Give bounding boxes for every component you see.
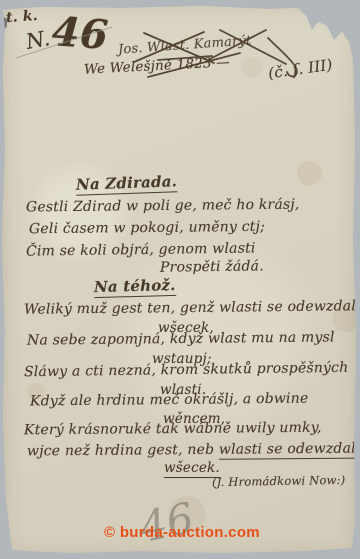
manuscript-paper: t. k. N. 46 Jos. Wlast. Kamarýt We Weleš… (0, 0, 360, 559)
catalog-number: 46 (50, 8, 109, 59)
crossed-author-name: Jos. Wlast. Kamarýt (118, 33, 252, 57)
poem2-line-6: wjce než hrdina gest, neb wlasti se odew… (27, 441, 356, 460)
poem2-line-6-underlined: wlasti se odewzdal (219, 441, 356, 460)
poem2-line-4: Když ale hrdinu meč okrášlj, a obwine (30, 391, 309, 410)
poem2-line-2: Na sebe zapomjná, když wlast mu na mysl (27, 329, 335, 348)
poem2-line-1: Weliký muž gest ten, genž wlasti se odew… (24, 298, 356, 317)
catalog-number-prefix: N. (24, 26, 52, 54)
auction-watermark: © burda-auction.com (104, 524, 260, 541)
poem1-line-3: Čim se koli objrá, genom wlasti (26, 240, 256, 259)
poem2-line-6-start: wjce než hrdina gest, neb (27, 442, 219, 460)
auction-photo: t. k. N. 46 Jos. Wlast. Kamarýt We Weleš… (0, 0, 360, 559)
poem1-title: Na Zdirada. (76, 172, 178, 196)
poem1-line-1: Gestli Zdirad w poli ge, meč ho krásj, (26, 197, 300, 216)
poem1-line-4: Prospěti žádá. (160, 258, 264, 275)
poem2-line-5: Který krásnoruké tak wábně uwily umky, (24, 420, 322, 439)
right-annotation: (č. ſ. III) (267, 56, 334, 83)
poem1-line-2: Geli časem w pokogi, uměny ctj; (29, 219, 265, 237)
poem2-line-3: Sláwy a cti nezná, krom skutků prospěšný… (24, 360, 349, 381)
poem2-title: Na téhož. (94, 276, 176, 298)
corner-mark: t. k. (5, 8, 38, 26)
pencil-number: 46 (135, 493, 197, 552)
author-signature: (J. Hromádkowi Now:) (212, 473, 346, 489)
